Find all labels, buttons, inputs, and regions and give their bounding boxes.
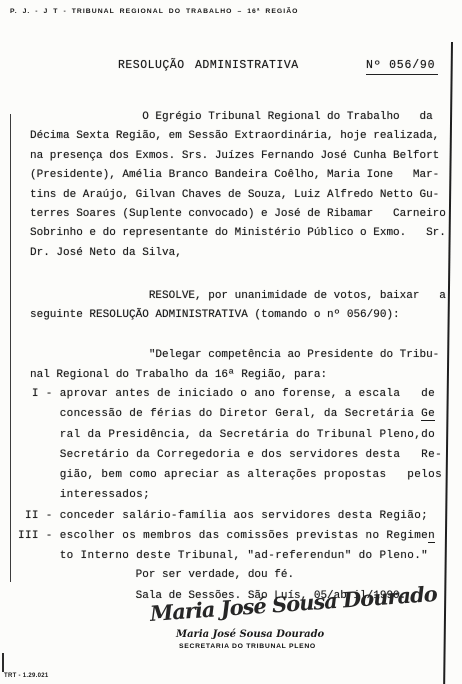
stamp-name: Maria José Sousa Dourado <box>176 629 324 640</box>
resolution-items: I - aprovar antes de iniciado o ano fore… <box>18 384 442 567</box>
closing-line: Por ser verdade, dou fé. <box>30 565 406 586</box>
doc-line-text: concessão de férias do Diretor Geral, da… <box>18 408 421 420</box>
item-i-line: concessão de férias do Diretor Geral, da… <box>18 404 442 424</box>
form-code: TRT - 1.29.021 <box>4 673 49 679</box>
page-title: RESOLUÇÃO ADMINISTRATIVA <box>118 59 299 72</box>
paragraph-delegation: "Delegar competência ao Presidente do Tr… <box>30 345 439 386</box>
scan-artifact-bottom-left <box>2 653 4 672</box>
item-iii-line: III - escolher os membros das comissões … <box>18 526 442 546</box>
doc-line: seguinte RESOLUÇÃO ADMINISTRATIVA (toman… <box>30 306 446 325</box>
paragraph-preamble: O Egrégio Tribunal Regional do Trabalho … <box>30 108 446 263</box>
doc-line: (Presidente), Amélia Branco Bandeira Coê… <box>30 166 446 185</box>
doc-line: RESOLVE, por unanimidade de votos, baixa… <box>30 287 446 306</box>
resolution-number: Nº 056/90 <box>366 59 438 75</box>
item-ii-line: II - conceder salário-família aos servid… <box>18 506 442 526</box>
item-i-line: gião, bem como apreciar as alterações pr… <box>18 465 442 485</box>
stamp-role: SECRETARIA DO TRIBUNAL PLENO <box>179 643 316 650</box>
scanned-document-page: P. J. - J T - TRIBUNAL REGIONAL DO TRABA… <box>0 0 462 684</box>
item-i-line: interessados; <box>18 485 442 505</box>
doc-line: "Delegar competência ao Presidente do Tr… <box>30 345 439 365</box>
doc-line: nal Regional do Trabalho da 16ª Região, … <box>30 365 439 385</box>
doc-line-text: III - escolher os membros das comissões … <box>18 530 428 542</box>
doc-line: Décima Sexta Região, em Sessão Extraordi… <box>30 127 446 146</box>
hyphenation-underline: n <box>428 530 435 543</box>
doc-line: Sobrinho e do representante do Ministéri… <box>30 224 446 243</box>
hyphenation-underline: Ge <box>421 408 435 421</box>
item-i-line: ral da Presidência, da Secretária do Tri… <box>18 425 442 445</box>
item-i-line: I - aprovar antes de iniciado o ano fore… <box>18 384 442 404</box>
letterhead: P. J. - J T - TRIBUNAL REGIONAL DO TRABA… <box>10 8 299 15</box>
doc-line: na presença dos Exmos. Srs. Juízes Ferna… <box>30 147 446 166</box>
doc-line: terres Soares (Suplente convocado) e Jos… <box>30 205 446 224</box>
doc-line: O Egrégio Tribunal Regional do Trabalho … <box>30 108 446 127</box>
paragraph-resolve: RESOLVE, por unanimidade de votos, baixa… <box>30 287 446 326</box>
doc-line: Dr. José Neto da Silva, <box>30 244 446 263</box>
scan-artifact-left-line <box>10 114 11 582</box>
item-i-line: Secretário da Corregedoria e dos servido… <box>18 445 442 465</box>
doc-line: tins de Araújo, Gilvan Chaves de Souza, … <box>30 186 446 205</box>
item-iii-line: to Interno deste Tribunal, "ad-referendu… <box>18 546 442 566</box>
